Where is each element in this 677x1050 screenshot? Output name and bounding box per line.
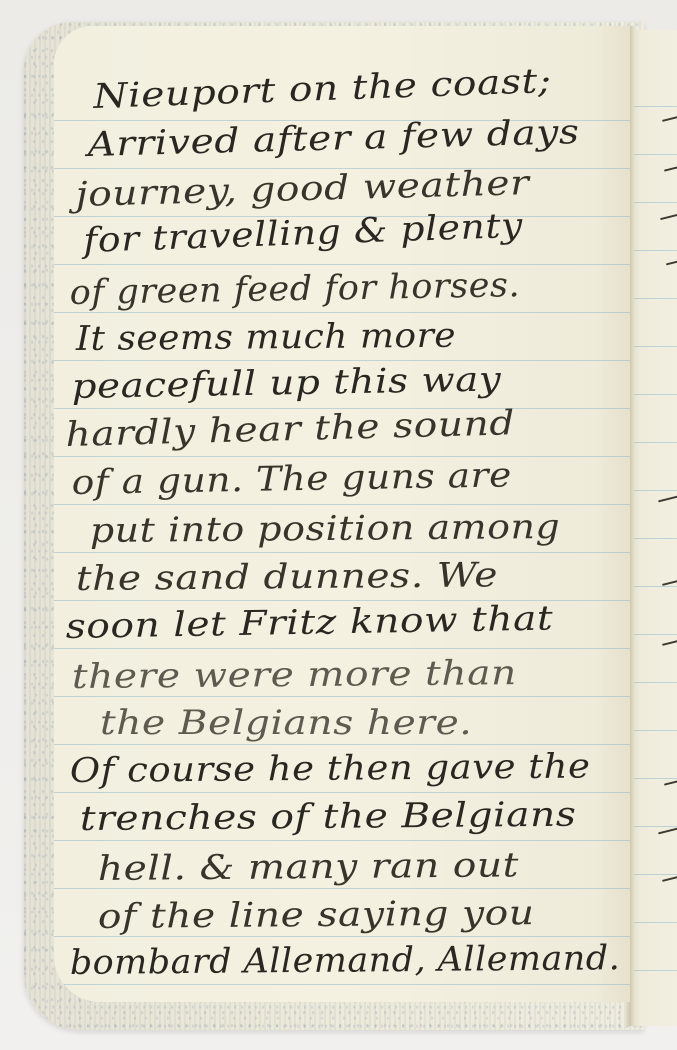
ink-stroke [662, 116, 677, 122]
ruled-line [632, 442, 677, 443]
handwritten-line: Of course he then gave the [70, 749, 591, 788]
handwritten-line: bombard Allemand, Allemand. [70, 941, 621, 980]
ink-stroke [662, 876, 677, 882]
ruled-line [54, 360, 630, 361]
ruled-line [632, 202, 677, 203]
ruled-line [54, 792, 630, 793]
handwritten-line: Nieuport on the coast; [93, 64, 552, 114]
ruled-line [54, 456, 630, 457]
ruled-line [54, 504, 630, 505]
handwritten-line: there were more than [72, 656, 517, 694]
handwritten-line: hell. & many ran out [98, 848, 519, 886]
ink-stroke [662, 640, 677, 646]
ruled-line [632, 346, 677, 347]
ruled-line [632, 826, 677, 827]
handwritten-line: peacefull up this way [71, 363, 501, 404]
ruled-line [54, 744, 630, 745]
ruled-line [54, 264, 630, 265]
ruled-line [632, 154, 677, 155]
ink-stroke [664, 166, 677, 171]
handwritten-line: of green feed for horses. [69, 268, 520, 310]
ruled-line [632, 538, 677, 539]
facing-page [632, 30, 677, 1026]
ruled-line [632, 874, 677, 875]
handwritten-line: journey, good weather [75, 166, 530, 212]
handwritten-line: the Belgians here. [100, 706, 472, 740]
ruled-line [54, 552, 630, 553]
handwritten-line: soon let Fritz know that [65, 601, 553, 644]
ruled-line [632, 490, 677, 491]
ink-stroke [664, 780, 677, 785]
ruled-line [632, 778, 677, 779]
handwritten-line: hardly hear the sound [65, 406, 515, 452]
handwritten-line: It seems much more [76, 319, 457, 356]
ruled-line [54, 648, 630, 649]
ruled-line [632, 586, 677, 587]
ruled-line [54, 984, 630, 985]
handwritten-line: Arrived after a few days [87, 115, 580, 162]
handwritten-line: of a gun. The guns are [71, 458, 512, 500]
handwritten-line: of the line saying you [98, 896, 535, 934]
ruled-line [632, 250, 677, 251]
handwritten-line: the sand dunnes. We [76, 558, 498, 596]
ruled-line [54, 312, 630, 313]
ruled-line [632, 106, 677, 107]
ink-stroke [660, 214, 677, 220]
ruled-line [632, 922, 677, 923]
ruled-line [54, 840, 630, 841]
ruled-line [632, 970, 677, 971]
ruled-line [632, 394, 677, 395]
ink-stroke [658, 828, 677, 835]
ruled-line [632, 634, 677, 635]
ruled-line [632, 682, 677, 683]
ruled-line [632, 298, 677, 299]
ink-stroke [666, 261, 677, 266]
notebook-page: Nieuport on the coast; Arrived after a f… [54, 26, 630, 1002]
ink-stroke [658, 496, 677, 503]
handwritten-line: put into position among [90, 510, 561, 548]
handwritten-line: trenches of the Belgians [80, 798, 577, 836]
ruled-line [632, 730, 677, 731]
